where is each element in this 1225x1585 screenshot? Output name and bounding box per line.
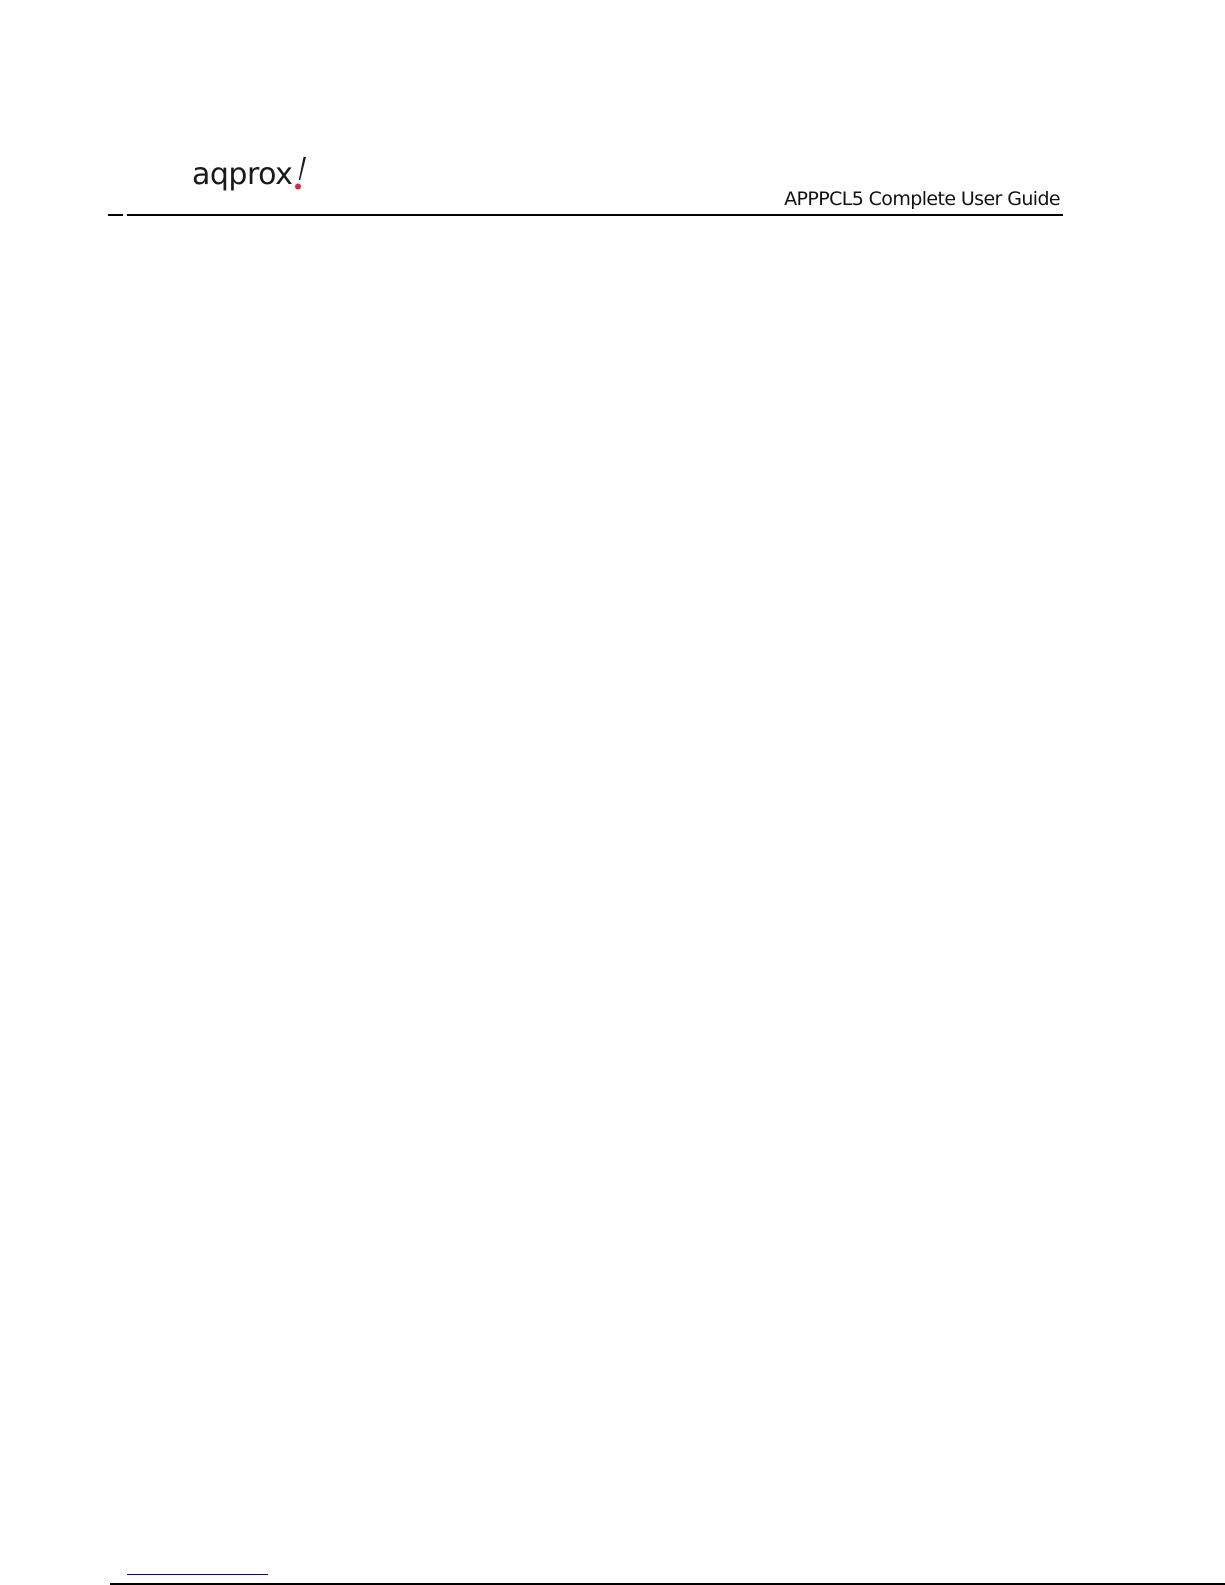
document-title: APPPCL5 Complete User Guide <box>784 186 1060 212</box>
brand-logo: aqprox <box>192 148 307 192</box>
brand-logo-exclamation-icon <box>293 156 307 192</box>
footer-link-underline[interactable] <box>127 1574 268 1575</box>
page-body <box>127 240 1063 1540</box>
header-rule <box>127 214 1063 216</box>
brand-logo-wordmark: aqprox <box>192 158 292 192</box>
header-rule-segment <box>108 214 123 216</box>
